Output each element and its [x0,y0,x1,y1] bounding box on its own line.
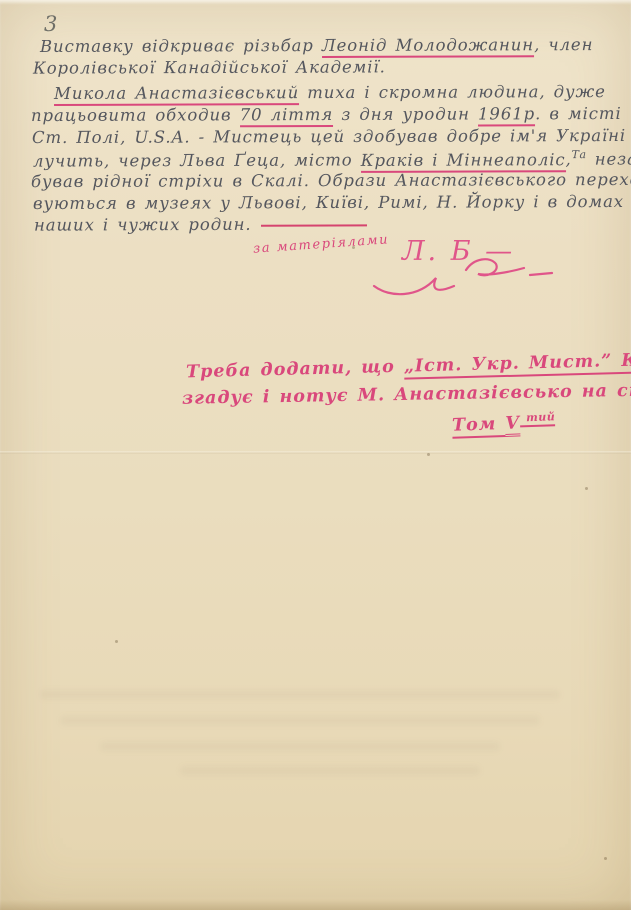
text-segment: з дня уродин [333,104,478,124]
manuscript-page: 3 Виставку відкриває різьбар Леонід Моло… [0,0,631,910]
text-segment: неза- [587,149,631,168]
text-segment: лучить, через Льва Ґеца, місто [33,150,361,170]
text-segment: 70 ліття [240,105,334,127]
text-segment: . в місті [535,104,622,123]
text-segment: Виставку відкриває різьбар [40,36,322,56]
manuscript-line: наших і чужих родин. [34,214,367,234]
paper-crease [0,451,631,454]
text-segment: тиха і скромна людина, дуже [299,82,606,102]
text-segment: Краків і Міннеаполіс [361,150,566,173]
manuscript-line: Ст. Полі, U.S.A. - Мистець цей здобував … [32,126,631,147]
ink-rule [261,224,367,226]
text-segment: Ст. Полі, U.S.A. - Мистець цей здобував … [32,126,631,147]
text-segment: Том [452,414,506,439]
text-segment: Королівської Канадійської Академії. [33,57,386,77]
ghost-text [180,766,480,775]
text-segment: „Іст. Укр. Мист.” Київ [404,350,631,380]
manuscript-line: Микола Анастазієвський тиха і скромна лю… [54,82,606,103]
text-segment: тий [520,410,556,427]
editorial-note-line: Треба додати, що „Іст. Укр. Мист.” Київ [186,350,631,383]
paper-speck [604,857,607,860]
text-segment: V [505,413,520,436]
ghost-text [60,716,540,725]
manuscript-line: вуються в музеях у Львові, Київі, Римі, … [33,192,624,213]
text-segment: 1961р [478,104,535,126]
text-segment: Та [572,148,587,161]
paper-speck [427,453,430,456]
paper-speck [585,487,588,490]
manuscript-line: Виставку відкриває різьбар Леонід Молодо… [40,35,593,56]
text-segment: Леонід Молодожанин [322,35,534,58]
text-segment: згадує і нотує М. Анастазієвсько на сто [182,380,631,408]
manuscript-line: працьовита обходив 70 ліття з дня уродин… [31,104,622,125]
text-segment: Микола Анастазієвський [54,83,299,106]
paper-speck [352,246,355,249]
ghost-text [40,690,560,699]
text-segment: бував рідної стріхи в Скалі. Образи Анас… [31,170,631,191]
editorial-note-line: Том V тий [452,410,556,435]
paper-speck [115,640,118,643]
text-segment: Треба додати, що [186,357,404,383]
signature: Л. Б — [402,236,515,267]
editorial-note-line: згадує і нотує М. Анастазієвсько на стор… [182,379,631,409]
manuscript-line: Королівської Канадійської Академії. [33,57,386,77]
text-segment: , член [534,35,593,54]
manuscript-line: бував рідної стріхи в Скалі. Образи Анас… [31,170,631,191]
manuscript-line: лучить, через Льва Ґеца, місто Краків і … [33,148,631,171]
text-segment: наших і чужих родин. [34,215,252,235]
ghost-text [100,742,500,751]
text-segment: працьовита обходив [31,105,240,125]
page-number: 3 [44,12,58,36]
text-segment: вуються в музеях у Львові, Київі, Римі, … [33,192,624,213]
